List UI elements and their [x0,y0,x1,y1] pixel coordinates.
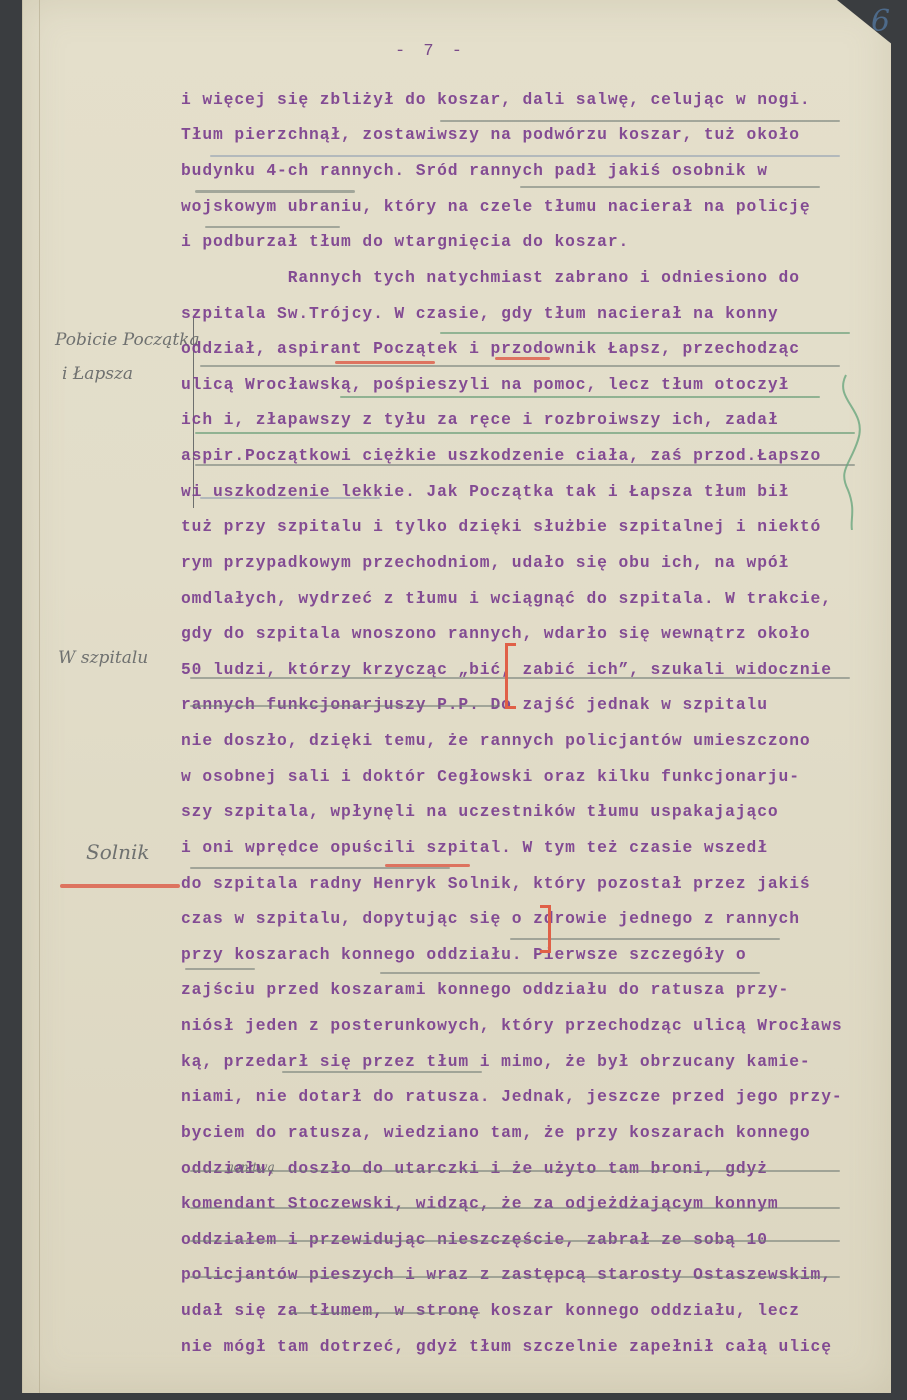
pencil-underline [185,968,255,970]
pencil-underline [290,1312,480,1314]
text-line: aspir.Początkowi ciężkie uszkodzenie cia… [181,446,821,465]
text-line: Rannych tych natychmiast zabrano i odnie… [181,268,800,287]
text-line: udał się za tłumem, w stronę koszar konn… [181,1301,800,1320]
text-line: komendant Stoczewski, widząc, że za odje… [181,1194,779,1213]
red-underline-poczatek [335,361,435,364]
text-line: szy szpitala, wpłynęli na uczestników tł… [181,802,779,821]
red-underline-solnik [385,864,470,867]
page-number: - 7 - [395,42,466,61]
text-line: zajściu przed koszarami konnego oddziału… [181,980,789,999]
text-line: byciem do ratusza, wiedziano tam, że prz… [181,1123,811,1142]
pencil-underline [195,190,355,193]
text-line: policjantów pieszych i wraz z zastępcą s… [181,1265,832,1284]
text-line: w osobnej sali i doktór Cegłowski oraz k… [181,767,800,786]
red-bracket-mark [540,905,551,953]
green-underline [195,432,855,434]
text-line: niósł jeden z posterunkowych, który prze… [181,1016,843,1035]
text-line: czas w szpitalu, dopytując się o zdrowie… [181,909,800,928]
pencil-underline [200,497,380,499]
text-line: ką, przedarł się przez tłum i mimo, że b… [181,1052,811,1071]
pencil-underline [190,1170,840,1172]
archive-page-mark: 6 [871,4,890,39]
red-bracket-mark [505,643,516,709]
text-line: ich i, złapawszy z tyłu za ręce i rozbro… [181,410,779,429]
margin-note-solnik: Solnik [86,840,150,864]
pencil-underline [190,1276,840,1278]
pencil-underline [440,120,840,122]
text-line: przy koszarach konnego oddziału. Pierwsz… [181,945,747,964]
pencil-underline [282,1071,482,1073]
pencil-underline [210,155,840,157]
text-line: niami, nie dotarł do ratusza. Jednak, je… [181,1087,843,1106]
text-line: nie mógł tam dotrzeć, gdyż tłum szczelni… [181,1337,832,1356]
pencil-underline [190,705,500,707]
text-line: szpitala Sw.Trójcy. W czasie, gdy tłum n… [181,304,779,323]
red-underline-lapsz [495,357,550,360]
margin-note-pobicie: Pobicie Początka [55,330,200,350]
margin-note-w-szpitalu: W szpitalu [58,648,148,668]
pencil-underline [190,1240,840,1242]
text-line: oddziału, doszło do utarczki i że użyto … [181,1159,768,1178]
pencil-underline [190,677,850,679]
red-margin-underline [60,884,180,888]
text-line: tuż przy szpitalu i tylko dzięki służbie… [181,517,821,536]
text-line: nie doszło, dzięki temu, że rannych poli… [181,731,811,750]
text-line: omdlałych, wydrzeć z tłumu i wciągnąć do… [181,589,832,608]
text-line: i oni wprędce opuścili szpital. W tym te… [181,838,768,857]
text-line: i podburzał tłum do wtargnięcia do kosza… [181,232,629,251]
text-line: wojskowym ubraniu, który na czele tłumu … [181,197,811,216]
green-underline [440,332,850,334]
margin-note-lapsza: i Łapsza [62,364,133,384]
pencil-underline [190,867,450,869]
pencil-underline [520,186,820,188]
text-line: rym przypadkowym przechodniom, udało się… [181,553,789,572]
pencil-underline [380,972,760,974]
text-line: i więcej się zbliżył do koszar, dali sal… [181,90,811,109]
pencil-underline [205,226,340,228]
pencil-underline [200,365,840,367]
text-line: do szpitala radny Henryk Solnik, który p… [181,874,811,893]
text-line: gdy do szpitala wnoszono rannych, wdarło… [181,624,811,643]
green-margin-squiggle [828,370,878,530]
pencil-underline [195,464,855,466]
text-line: oddział, aspirant Początek i przodownik … [181,339,800,358]
pencil-underline [190,1207,840,1209]
text-line: Tłum pierzchnął, zostawiwszy na podwórzu… [181,125,800,144]
green-underline [340,396,820,398]
text-line: ulicą Wrocławską, pośpieszyli na pomoc, … [181,375,789,394]
text-line: budynku 4-ch rannych. Sród rannych padł … [181,161,768,180]
